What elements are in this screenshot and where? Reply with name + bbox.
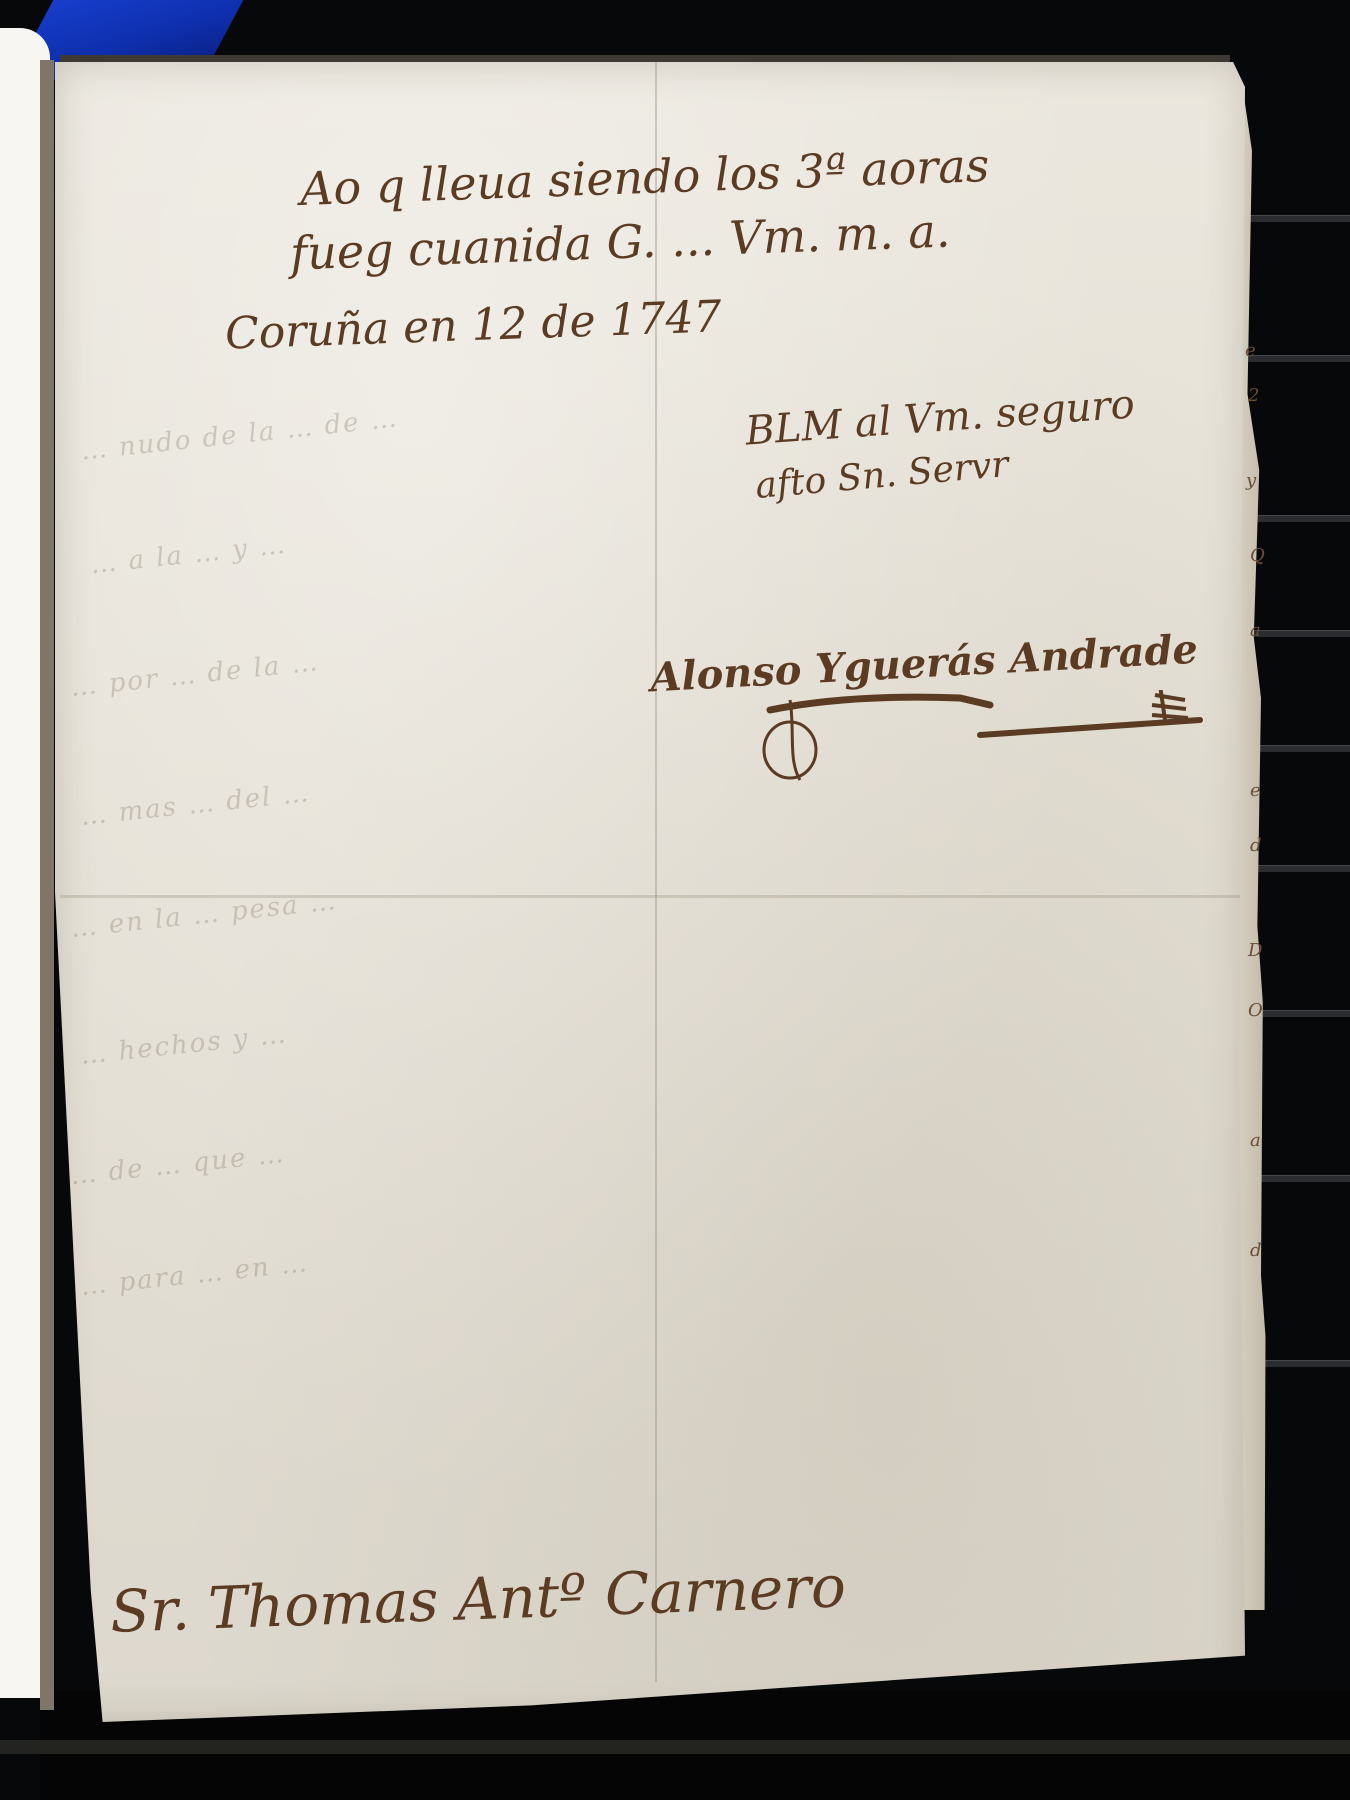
edge-mark: y [1246, 470, 1256, 491]
edge-mark: d [1250, 835, 1262, 856]
grille-bar [1240, 355, 1350, 362]
signature-rubric-flourish [760, 690, 1240, 800]
edge-mark: a [1250, 620, 1261, 641]
edge-mark: Q [1250, 545, 1265, 566]
edge-mark: 2 [1248, 385, 1259, 406]
edge-mark: d [1250, 1240, 1262, 1261]
facing-page-edge [40, 60, 54, 1710]
edge-mark: O [1248, 1000, 1263, 1021]
edge-mark: a [1250, 1130, 1261, 1151]
edge-mark: e [1245, 340, 1256, 361]
edge-mark: e [1250, 780, 1261, 801]
bottom-rail [0, 1740, 1350, 1754]
edge-mark: D [1248, 940, 1262, 961]
grille-bar [1240, 215, 1350, 222]
